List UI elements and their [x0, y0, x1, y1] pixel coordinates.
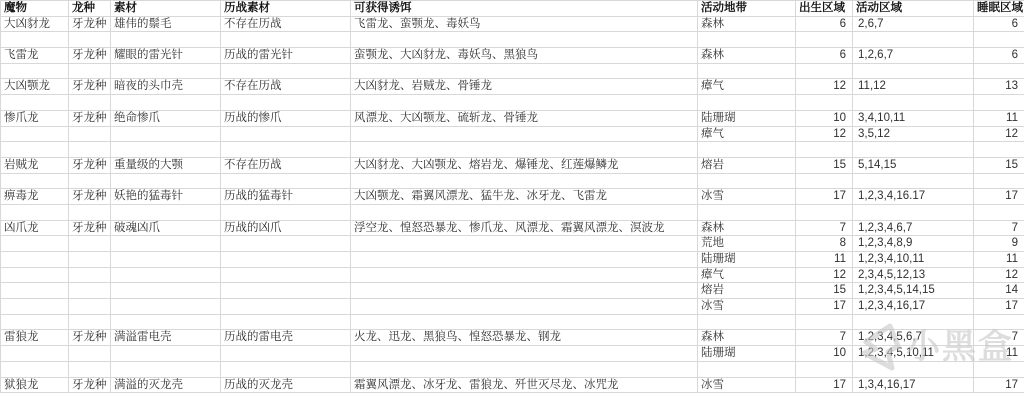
- cell[interactable]: [698, 63, 796, 79]
- cell[interactable]: [221, 142, 351, 158]
- cell[interactable]: [221, 283, 351, 299]
- cell[interactable]: 12: [974, 267, 1024, 283]
- table-row: [1, 32, 1024, 48]
- cell[interactable]: [796, 142, 853, 158]
- cell[interactable]: [1, 361, 69, 377]
- cell[interactable]: 1,2,3,4,5,6,7: [853, 330, 974, 346]
- cell[interactable]: 大凶颚龙: [1, 79, 69, 95]
- cell[interactable]: 熔岩: [698, 157, 796, 173]
- cell[interactable]: [111, 299, 221, 315]
- table-row: [1, 204, 1024, 220]
- cell[interactable]: [974, 142, 1024, 158]
- cell[interactable]: [974, 95, 1024, 111]
- column-header[interactable]: 活动地带: [698, 1, 796, 17]
- cell[interactable]: [69, 173, 111, 189]
- cell[interactable]: [111, 236, 221, 252]
- table-row: 冰雪171,2,3,4,16,1717: [1, 299, 1024, 315]
- table-body: 大凶豺龙牙龙种雄伟的鬃毛不存在历战飞雷龙、蛮颚龙、毒妖鸟森林62,6,76飞雷龙…: [1, 16, 1024, 393]
- cell[interactable]: [69, 32, 111, 48]
- cell[interactable]: 牙龙种: [69, 330, 111, 346]
- cell[interactable]: [111, 63, 221, 79]
- cell[interactable]: 历战的灭龙壳: [221, 377, 351, 393]
- cell[interactable]: [221, 346, 351, 362]
- cell[interactable]: [698, 142, 796, 158]
- cell[interactable]: [796, 361, 853, 377]
- cell[interactable]: [221, 252, 351, 268]
- cell[interactable]: 绝命惨爪: [111, 110, 221, 126]
- cell[interactable]: [69, 63, 111, 79]
- cell[interactable]: 13: [974, 79, 1024, 95]
- cell[interactable]: 蛮颚龙、大凶豺龙、毒妖鸟、黑狼鸟: [351, 48, 698, 64]
- cell[interactable]: [351, 204, 698, 220]
- cell[interactable]: 1,2,6,7: [853, 48, 974, 64]
- cell[interactable]: 1,2,3,4,16.17: [853, 189, 974, 205]
- cell[interactable]: 飞雷龙、蛮颚龙、毒妖鸟: [351, 16, 698, 32]
- cell[interactable]: 11: [974, 110, 1024, 126]
- cell[interactable]: [1, 252, 69, 268]
- cell[interactable]: 瘴气: [698, 126, 796, 142]
- cell[interactable]: 7: [974, 220, 1024, 236]
- cell[interactable]: 6: [796, 16, 853, 32]
- cell[interactable]: [111, 314, 221, 330]
- cell[interactable]: 牙龙种: [69, 377, 111, 393]
- table-row: 岩贼龙牙龙种重量级的大颚不存在历战大凶豺龙、大凶颚龙、熔岩龙、爆锤龙、红莲爆鳞龙…: [1, 157, 1024, 173]
- cell[interactable]: [1, 314, 69, 330]
- cell[interactable]: [974, 173, 1024, 189]
- cell[interactable]: [69, 361, 111, 377]
- cell[interactable]: [221, 299, 351, 315]
- cell[interactable]: [351, 95, 698, 111]
- spreadsheet: 魔物龙种素材历战素材可获得诱饵活动地带出生区域活动区域睡眠区域 大凶豺龙牙龙种雄…: [0, 0, 1024, 393]
- cell[interactable]: 熔岩: [698, 283, 796, 299]
- cell[interactable]: 2,6,7: [853, 16, 974, 32]
- cell[interactable]: 1,2,3,4,5,10,11: [853, 346, 974, 362]
- cell[interactable]: 7: [796, 220, 853, 236]
- cell[interactable]: [796, 173, 853, 189]
- cell[interactable]: 森林: [698, 220, 796, 236]
- cell[interactable]: [1, 283, 69, 299]
- cell[interactable]: 雷狼龙: [1, 330, 69, 346]
- cell[interactable]: [698, 204, 796, 220]
- cell[interactable]: 暗夜的头巾壳: [111, 79, 221, 95]
- cell[interactable]: [351, 236, 698, 252]
- cell[interactable]: [221, 32, 351, 48]
- column-header[interactable]: 历战素材: [221, 1, 351, 17]
- cell[interactable]: 陆珊瑚: [698, 252, 796, 268]
- cell[interactable]: 17: [796, 189, 853, 205]
- cell[interactable]: 12: [974, 126, 1024, 142]
- cell[interactable]: [1, 32, 69, 48]
- cell[interactable]: [1, 142, 69, 158]
- cell[interactable]: 2,3,4,5,12,13: [853, 267, 974, 283]
- cell[interactable]: [796, 314, 853, 330]
- column-header[interactable]: 活动区域: [853, 1, 974, 17]
- cell[interactable]: 15: [796, 283, 853, 299]
- table-row: [1, 63, 1024, 79]
- cell[interactable]: [69, 126, 111, 142]
- cell[interactable]: [111, 361, 221, 377]
- cell[interactable]: 瘴气: [698, 79, 796, 95]
- cell[interactable]: [221, 361, 351, 377]
- column-header[interactable]: 出生区域: [796, 1, 853, 17]
- cell[interactable]: 10: [796, 110, 853, 126]
- cell[interactable]: [69, 95, 111, 111]
- cell[interactable]: 牙龙种: [69, 16, 111, 32]
- table-row: 荒地81,2,3,4,8,99: [1, 236, 1024, 252]
- cell[interactable]: 历战的猛毒针: [221, 189, 351, 205]
- cell[interactable]: [69, 299, 111, 315]
- table-row: 飞雷龙牙龙种耀眼的雷光针历战的雷光针蛮颚龙、大凶豺龙、毒妖鸟、黑狼鸟森林61,2…: [1, 48, 1024, 64]
- cell[interactable]: 风漂龙、大凶颚龙、硫斩龙、骨锤龙: [351, 110, 698, 126]
- cell[interactable]: [351, 252, 698, 268]
- cell[interactable]: 历战的雷电壳: [221, 330, 351, 346]
- cell[interactable]: [1, 346, 69, 362]
- cell[interactable]: 历战的惨爪: [221, 110, 351, 126]
- cell[interactable]: 1,2,3,4,6,7: [853, 220, 974, 236]
- cell[interactable]: [351, 63, 698, 79]
- cell[interactable]: 牙龙种: [69, 189, 111, 205]
- cell[interactable]: [698, 95, 796, 111]
- table-row: [1, 314, 1024, 330]
- cell[interactable]: [351, 346, 698, 362]
- cell[interactable]: [111, 32, 221, 48]
- cell[interactable]: 10: [796, 346, 853, 362]
- cell[interactable]: 1,3,4,16,17: [853, 377, 974, 393]
- cell[interactable]: 雄伟的鬃毛: [111, 16, 221, 32]
- cell[interactable]: 陆珊瑚: [698, 110, 796, 126]
- cell[interactable]: [974, 314, 1024, 330]
- cell[interactable]: 不存在历战: [221, 79, 351, 95]
- cell[interactable]: [111, 126, 221, 142]
- cell[interactable]: [69, 267, 111, 283]
- cell[interactable]: [221, 126, 351, 142]
- cell[interactable]: 冰雪: [698, 299, 796, 315]
- cell[interactable]: [69, 252, 111, 268]
- cell[interactable]: 满溢的灭龙壳: [111, 377, 221, 393]
- cell[interactable]: [853, 63, 974, 79]
- cell[interactable]: 17: [974, 377, 1024, 393]
- cell[interactable]: [1, 267, 69, 283]
- cell[interactable]: 牙龙种: [69, 220, 111, 236]
- cell[interactable]: 6: [796, 48, 853, 64]
- cell[interactable]: 浮空龙、惶怒恐暴龙、惨爪龙、风漂龙、霜翼风漂龙、溟波龙: [351, 220, 698, 236]
- cell[interactable]: [1, 173, 69, 189]
- cell[interactable]: 15: [796, 157, 853, 173]
- table-row: 熔岩151,2,3,4,5,14,1514: [1, 283, 1024, 299]
- cell[interactable]: 8: [796, 236, 853, 252]
- cell[interactable]: 17: [796, 299, 853, 315]
- cell[interactable]: 荒地: [698, 236, 796, 252]
- cell[interactable]: [221, 63, 351, 79]
- cell[interactable]: [111, 283, 221, 299]
- cell[interactable]: 11: [974, 252, 1024, 268]
- cell[interactable]: 3,5,12: [853, 126, 974, 142]
- cell[interactable]: [221, 314, 351, 330]
- cell[interactable]: [351, 283, 698, 299]
- cell[interactable]: 17: [974, 299, 1024, 315]
- cell[interactable]: 冰雪: [698, 189, 796, 205]
- cell[interactable]: 大凶豺龙、大凶颚龙、熔岩龙、爆锤龙、红莲爆鳞龙: [351, 157, 698, 173]
- cell[interactable]: [351, 32, 698, 48]
- cell[interactable]: [111, 267, 221, 283]
- cell[interactable]: 霜翼风漂龙、冰牙龙、雷狼龙、歼世灭尽龙、冰咒龙: [351, 377, 698, 393]
- cell[interactable]: 瘴气: [698, 267, 796, 283]
- cell[interactable]: [698, 32, 796, 48]
- table-row: 陆珊瑚101,2,3,4,5,10,1111: [1, 346, 1024, 362]
- cell[interactable]: [853, 314, 974, 330]
- cell[interactable]: 1,2,3,4,8,9: [853, 236, 974, 252]
- cell[interactable]: 15: [974, 157, 1024, 173]
- cell[interactable]: 凶爪龙: [1, 220, 69, 236]
- cell[interactable]: 17: [796, 377, 853, 393]
- cell[interactable]: [853, 32, 974, 48]
- cell[interactable]: 痹毒龙: [1, 189, 69, 205]
- cell[interactable]: 重量级的大颚: [111, 157, 221, 173]
- cell[interactable]: [111, 95, 221, 111]
- cell[interactable]: 3,4,10,11: [853, 110, 974, 126]
- cell[interactable]: 牙龙种: [69, 157, 111, 173]
- table-row: 痹毒龙牙龙种妖艳的猛毒针历战的猛毒针大凶颚龙、霜翼风漂龙、猛牛龙、冰牙龙、飞雷龙…: [1, 189, 1024, 205]
- cell[interactable]: [1, 63, 69, 79]
- table-row: 狱狼龙牙龙种满溢的灭龙壳历战的灭龙壳霜翼风漂龙、冰牙龙、雷狼龙、歼世灭尽龙、冰咒…: [1, 377, 1024, 393]
- cell[interactable]: [351, 314, 698, 330]
- cell[interactable]: [796, 63, 853, 79]
- cell[interactable]: [111, 142, 221, 158]
- column-header[interactable]: 龙种: [69, 1, 111, 17]
- cell[interactable]: [698, 361, 796, 377]
- cell[interactable]: 大凶颚龙、霜翼风漂龙、猛牛龙、冰牙龙、飞雷龙: [351, 189, 698, 205]
- cell[interactable]: [1, 95, 69, 111]
- cell[interactable]: 牙龙种: [69, 110, 111, 126]
- cell[interactable]: [974, 204, 1024, 220]
- cell[interactable]: 历战的雷光针: [221, 48, 351, 64]
- cell[interactable]: 飞雷龙: [1, 48, 69, 64]
- cell[interactable]: [853, 361, 974, 377]
- cell[interactable]: [221, 267, 351, 283]
- monster-table: 魔物龙种素材历战素材可获得诱饵活动地带出生区域活动区域睡眠区域 大凶豺龙牙龙种雄…: [0, 0, 1024, 393]
- cell[interactable]: 牙龙种: [69, 48, 111, 64]
- table-row: 雷狼龙牙龙种满溢雷电壳历战的雷电壳火龙、迅龙、黑狼鸟、惶怒恐暴龙、钢龙森林71,…: [1, 330, 1024, 346]
- cell[interactable]: 11,12: [853, 79, 974, 95]
- cell[interactable]: [69, 142, 111, 158]
- cell[interactable]: [853, 142, 974, 158]
- cell[interactable]: [698, 314, 796, 330]
- cell[interactable]: 14: [974, 283, 1024, 299]
- table-row: [1, 142, 1024, 158]
- cell[interactable]: 6: [974, 16, 1024, 32]
- cell[interactable]: [351, 142, 698, 158]
- cell[interactable]: 11: [974, 346, 1024, 362]
- cell[interactable]: 森林: [698, 16, 796, 32]
- cell[interactable]: 不存在历战: [221, 157, 351, 173]
- cell[interactable]: [111, 204, 221, 220]
- cell[interactable]: [111, 252, 221, 268]
- cell[interactable]: [853, 204, 974, 220]
- table-row: [1, 95, 1024, 111]
- column-header[interactable]: 睡眠区域: [974, 1, 1024, 17]
- cell[interactable]: 1,2,3,4,5,14,15: [853, 283, 974, 299]
- cell[interactable]: [69, 283, 111, 299]
- cell[interactable]: 7: [974, 330, 1024, 346]
- cell[interactable]: 狱狼龙: [1, 377, 69, 393]
- cell[interactable]: 不存在历战: [221, 16, 351, 32]
- cell[interactable]: [111, 346, 221, 362]
- cell[interactable]: 大凶豺龙: [1, 16, 69, 32]
- cell[interactable]: 历战的凶爪: [221, 220, 351, 236]
- cell[interactable]: 5,14,15: [853, 157, 974, 173]
- cell[interactable]: 满溢雷电壳: [111, 330, 221, 346]
- cell[interactable]: [351, 267, 698, 283]
- cell[interactable]: [69, 346, 111, 362]
- cell[interactable]: [796, 32, 853, 48]
- cell[interactable]: 火龙、迅龙、黑狼鸟、惶怒恐暴龙、钢龙: [351, 330, 698, 346]
- table-row: 大凶豺龙牙龙种雄伟的鬃毛不存在历战飞雷龙、蛮颚龙、毒妖鸟森林62,6,76: [1, 16, 1024, 32]
- cell[interactable]: 妖艳的猛毒针: [111, 189, 221, 205]
- table-row: 凶爪龙牙龙种破魂凶爪历战的凶爪浮空龙、惶怒恐暴龙、惨爪龙、风漂龙、霜翼风漂龙、溟…: [1, 220, 1024, 236]
- table-row: 大凶颚龙牙龙种暗夜的头巾壳不存在历战大凶豺龙、岩贼龙、骨锤龙瘴气1211,121…: [1, 79, 1024, 95]
- cell[interactable]: 牙龙种: [69, 79, 111, 95]
- cell[interactable]: 7: [796, 330, 853, 346]
- cell[interactable]: 岩贼龙: [1, 157, 69, 173]
- cell[interactable]: 森林: [698, 330, 796, 346]
- table-row: 陆珊瑚111,2,3,4,10,1111: [1, 252, 1024, 268]
- cell[interactable]: [221, 95, 351, 111]
- cell[interactable]: [69, 236, 111, 252]
- cell[interactable]: [796, 204, 853, 220]
- cell[interactable]: [974, 361, 1024, 377]
- table-row: [1, 173, 1024, 189]
- column-header[interactable]: 素材: [111, 1, 221, 17]
- cell[interactable]: 大凶豺龙、岩贼龙、骨锤龙: [351, 79, 698, 95]
- cell[interactable]: [1, 299, 69, 315]
- cell[interactable]: 17: [974, 189, 1024, 205]
- cell[interactable]: [796, 95, 853, 111]
- cell[interactable]: [351, 361, 698, 377]
- cell[interactable]: 陆珊瑚: [698, 346, 796, 362]
- cell[interactable]: [221, 173, 351, 189]
- cell[interactable]: 惨爪龙: [1, 110, 69, 126]
- cell[interactable]: 9: [974, 236, 1024, 252]
- cell[interactable]: 冰雪: [698, 377, 796, 393]
- cell[interactable]: 破魂凶爪: [111, 220, 221, 236]
- cell[interactable]: 森林: [698, 48, 796, 64]
- cell[interactable]: 11: [796, 252, 853, 268]
- cell[interactable]: 12: [796, 267, 853, 283]
- cell[interactable]: [853, 95, 974, 111]
- cell[interactable]: [221, 236, 351, 252]
- cell[interactable]: [111, 173, 221, 189]
- cell[interactable]: [351, 126, 698, 142]
- cell[interactable]: [221, 204, 351, 220]
- table-row: 瘴气123,5,1212: [1, 126, 1024, 142]
- cell[interactable]: [69, 314, 111, 330]
- cell[interactable]: [1, 126, 69, 142]
- cell[interactable]: [853, 173, 974, 189]
- cell[interactable]: 12: [796, 79, 853, 95]
- cell[interactable]: [69, 204, 111, 220]
- cell[interactable]: [698, 173, 796, 189]
- header-row: 魔物龙种素材历战素材可获得诱饵活动地带出生区域活动区域睡眠区域: [1, 1, 1024, 17]
- cell[interactable]: 1,2,3,4,10,11: [853, 252, 974, 268]
- table-row: 瘴气122,3,4,5,12,1312: [1, 267, 1024, 283]
- cell[interactable]: [974, 32, 1024, 48]
- cell[interactable]: 12: [796, 126, 853, 142]
- cell[interactable]: 耀眼的雷光针: [111, 48, 221, 64]
- cell[interactable]: [351, 173, 698, 189]
- cell[interactable]: [974, 63, 1024, 79]
- cell[interactable]: 1,2,3,4,16,17: [853, 299, 974, 315]
- cell[interactable]: [1, 236, 69, 252]
- cell[interactable]: [1, 204, 69, 220]
- table-row: 惨爪龙牙龙种绝命惨爪历战的惨爪风漂龙、大凶颚龙、硫斩龙、骨锤龙陆珊瑚103,4,…: [1, 110, 1024, 126]
- column-header[interactable]: 魔物: [1, 1, 69, 17]
- cell[interactable]: 6: [974, 48, 1024, 64]
- column-header[interactable]: 可获得诱饵: [351, 1, 698, 17]
- table-row: [1, 361, 1024, 377]
- cell[interactable]: [351, 299, 698, 315]
